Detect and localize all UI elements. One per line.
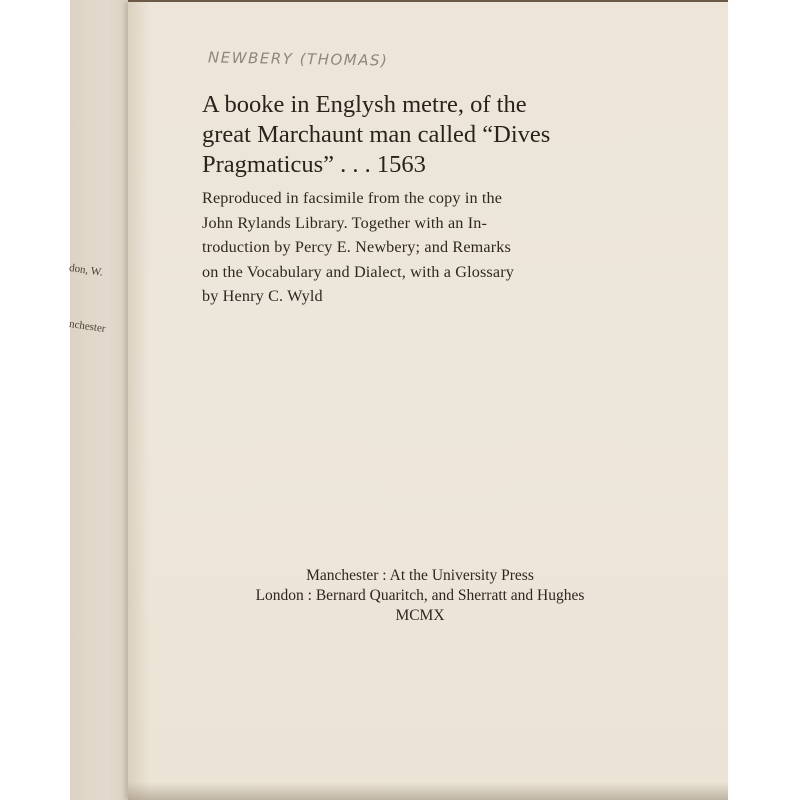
subtitle-line: Reproduced in facsimile from the copy in… — [202, 186, 582, 211]
handwritten-pencil-note: NEWBERY (THOMAS) — [208, 48, 389, 69]
title-line: Pragmaticus” . . . 1563 — [202, 150, 582, 180]
book-subtitle: Reproduced in facsimile from the copy in… — [202, 186, 582, 309]
title-line: A booke in Englysh metre, of the — [202, 90, 582, 120]
imprint-line: London : Bernard Quaritch, and Sherratt … — [200, 586, 640, 606]
publisher-imprint: Manchester : At the University Press Lon… — [200, 566, 640, 626]
subtitle-line: John Rylands Library. Together with an I… — [202, 211, 582, 236]
subtitle-line: troduction by Percy E. Newbery; and Rema… — [202, 235, 582, 260]
previous-page-flyleaf — [70, 0, 132, 800]
subtitle-line: on the Vocabulary and Dialect, with a Gl… — [202, 260, 582, 285]
imprint-year: MCMX — [200, 606, 640, 626]
book-title: A booke in Englysh metre, of the great M… — [202, 90, 582, 180]
imprint-line: Manchester : At the University Press — [200, 566, 640, 586]
title-line: great Marchaunt man called “Dives — [202, 120, 582, 150]
subtitle-line: by Henry C. Wyld — [202, 284, 582, 309]
